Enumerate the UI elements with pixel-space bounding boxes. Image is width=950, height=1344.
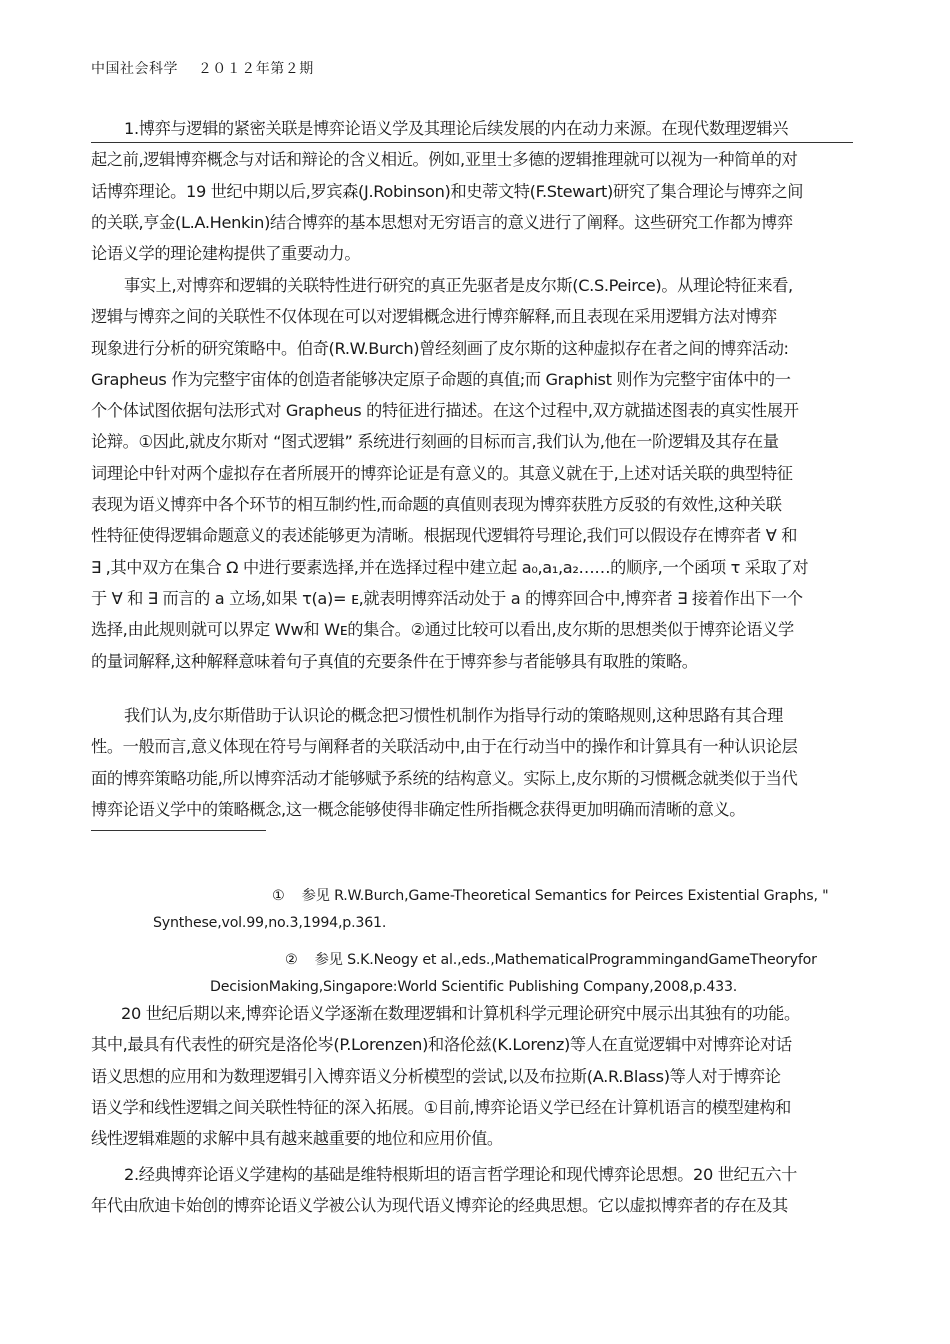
footnote-marker: ① [272, 888, 285, 904]
footnote-2-line2: DecisionMaking,Singapore:World Scientifi… [210, 979, 737, 995]
text-line: 面的博弈策略功能,所以博弈活动才能够赋予系统的结构意义。实际上,皮尔斯的习惯概念… [91, 763, 863, 794]
footnote-2-line1: ② 参见 S.K.Neogy et al.,eds.,MathematicalP… [285, 949, 817, 969]
text-line: 表现为语义博弈中各个环节的相互制约性,而命题的真值则表现为博弈获胜方反驳的有效性… [91, 489, 863, 520]
text-line: 2.经典博弈论语义学建构的基础是维特根斯坦的语言哲学理论和现代博弈论思想。20 … [91, 1159, 863, 1190]
text-line: 1.博弈与逻辑的紧密关联是博弈论语义学及其理论后续发展的内在动力来源。在现代数理… [91, 113, 863, 144]
paragraph-4: 20 世纪后期以来,博弈论语义学逐渐在数理逻辑和计算机科学元理论研究中展示出其独… [91, 998, 863, 1154]
text-line: 语义思想的应用和为数理逻辑引入博弈语义分析模型的尝试,以及布拉斯(A.R.Bla… [91, 1061, 863, 1092]
text-line: 性。一般而言,意义体现在符号与阐释者的关联活动中,由于在行动当中的操作和计算具有… [91, 731, 863, 762]
text-line: 现象进行分析的研究策略中。伯奇(R.W.Burch)曾经刻画了皮尔斯的这种虚拟存… [91, 333, 863, 364]
text-line: 个个体试图依据句法形式对 Grapheus 的特征进行描述。在这个过程中,双方就… [91, 395, 863, 426]
text-line: 性特征使得逻辑命题意义的表述能够更为清晰。根据现代逻辑符号理论,我们可以假设存在… [91, 520, 863, 551]
text-line: 话博弈理论。19 世纪中期以后,罗宾森(J.Robinson)和史蒂文特(F.S… [91, 176, 863, 207]
text-line: 于 ∀ 和 ∃ 而言的 a 立场,如果 τ(a)= ᴇ,就表明博弈活动处于 a … [91, 583, 863, 614]
text-line: 论语义学的理论建构提供了重要动力。 [91, 238, 863, 269]
footnote-marker: ② [285, 952, 298, 968]
issue-number: ２０１２年第２期 [198, 61, 314, 77]
text-line: 论辩。①因此,就皮尔斯对 “图式逻辑” 系统进行刻画的目标而言,我们认为,他在一… [91, 426, 863, 457]
footnote-1-line1: ① 参见 R.W.Burch,Game-Theoretical Semantic… [272, 885, 828, 905]
text-line: 逻辑与博弈之间的关联性不仅体现在可以对逻辑概念进行博弈解释,而且表现在采用逻辑方… [91, 301, 863, 332]
text-line: 20 世纪后期以来,博弈论语义学逐渐在数理逻辑和计算机科学元理论研究中展示出其独… [91, 998, 863, 1029]
text-line: 事实上,对博弈和逻辑的关联特性进行研究的真正先驱者是皮尔斯(C.S.Peirce… [91, 270, 863, 301]
text-line: 的关联,亨金(L.A.Henkin)结合博弈的基本思想对无穷语言的意义进行了阐释… [91, 207, 863, 238]
text-line: ∃ ,其中双方在集合 Ω 中进行要素选择,并在选择过程中建立起 a₀,a₁,a₂… [91, 552, 863, 583]
text-line: 的量词解释,这种解释意味着句子真值的充要条件在于博弈参与者能够具有取胜的策略。 [91, 646, 863, 677]
text-line: 其中,最具有代表性的研究是洛伦岑(P.Lorenzen)和洛伦兹(K.Loren… [91, 1029, 863, 1060]
paragraph-5: 2.经典博弈论语义学建构的基础是维特根斯坦的语言哲学理论和现代博弈论思想。20 … [91, 1159, 863, 1222]
text-line: 我们认为,皮尔斯借助于认识论的概念把习惯性机制作为指导行动的策略规则,这种思路有… [91, 700, 863, 731]
text-line: 语义学和线性逻辑之间关联性特征的深入拓展。①目前,博弈论语义学已经在计算机语言的… [91, 1092, 863, 1123]
paragraph-1: 1.博弈与逻辑的紧密关联是博弈论语义学及其理论后续发展的内在动力来源。在现代数理… [91, 113, 863, 269]
text-line: 起之前,逻辑博弈概念与对话和辩论的含义相近。例如,亚里士多德的逻辑推理就可以视为… [91, 144, 863, 175]
footnote-1-line2: Synthese,vol.99,no.3,1994,p.361. [153, 915, 386, 931]
running-header: 中国社会科学 ２０１２年第２期 [91, 58, 314, 78]
text-line: 选择,由此规则就可以界定 Wᴡ和 Wᴇ的集合。②通过比较可以看出,皮尔斯的思想类… [91, 614, 863, 645]
text-line: Grapheus 作为完整宇宙体的创造者能够决定原子命题的真值;而 Graphi… [91, 364, 863, 395]
footnote-text: 参见 R.W.Burch,Game-Theoretical Semantics … [302, 888, 829, 904]
text-line: 年代由欣迪卡始创的博弈论语义学被公认为现代语义博弈论的经典思想。它以虚拟博弈者的… [91, 1190, 863, 1221]
footnote-separator [91, 830, 266, 831]
journal-name: 中国社会科学 [91, 61, 178, 77]
paragraph-3: 我们认为,皮尔斯借助于认识论的概念把习惯性机制作为指导行动的策略规则,这种思路有… [91, 700, 863, 825]
text-line: 词理论中针对两个虚拟存在者所展开的博弈论证是有意义的。其意义就在于,上述对话关联… [91, 458, 863, 489]
footnote-text: 参见 S.K.Neogy et al.,eds.,MathematicalPro… [315, 952, 817, 968]
first-line-underline [91, 142, 853, 143]
text-line: 博弈论语义学中的策略概念,这一概念能够使得非确定性所指概念获得更加明确而清晰的意… [91, 794, 863, 825]
paragraph-2: 事实上,对博弈和逻辑的关联特性进行研究的真正先驱者是皮尔斯(C.S.Peirce… [91, 270, 863, 677]
text-line: 线性逻辑难题的求解中具有越来越重要的地位和应用价值。 [91, 1123, 863, 1154]
